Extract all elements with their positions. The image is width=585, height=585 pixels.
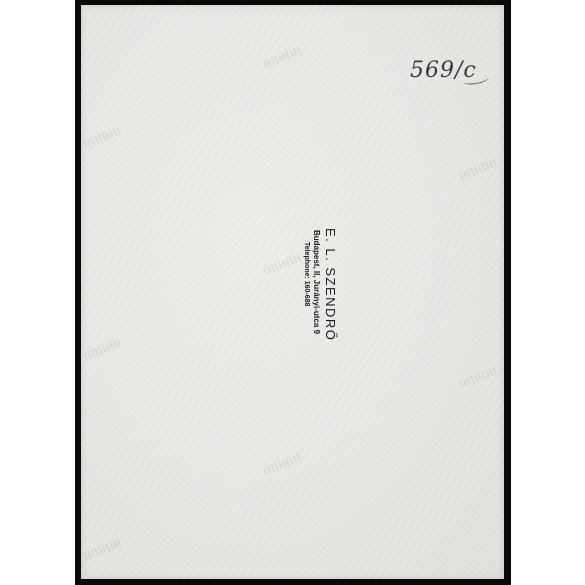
stamp-telephone: Telephone: 160-688: [301, 242, 311, 352]
photographer-stamp: E. L. SZENDRŐ Budapest, II, Jurányi-utca…: [268, 228, 338, 352]
stamp-photographer-name: E. L. SZENDRŐ: [322, 228, 338, 352]
stamp-address: Budapest, II, Jurányi-utca 9: [311, 230, 322, 352]
